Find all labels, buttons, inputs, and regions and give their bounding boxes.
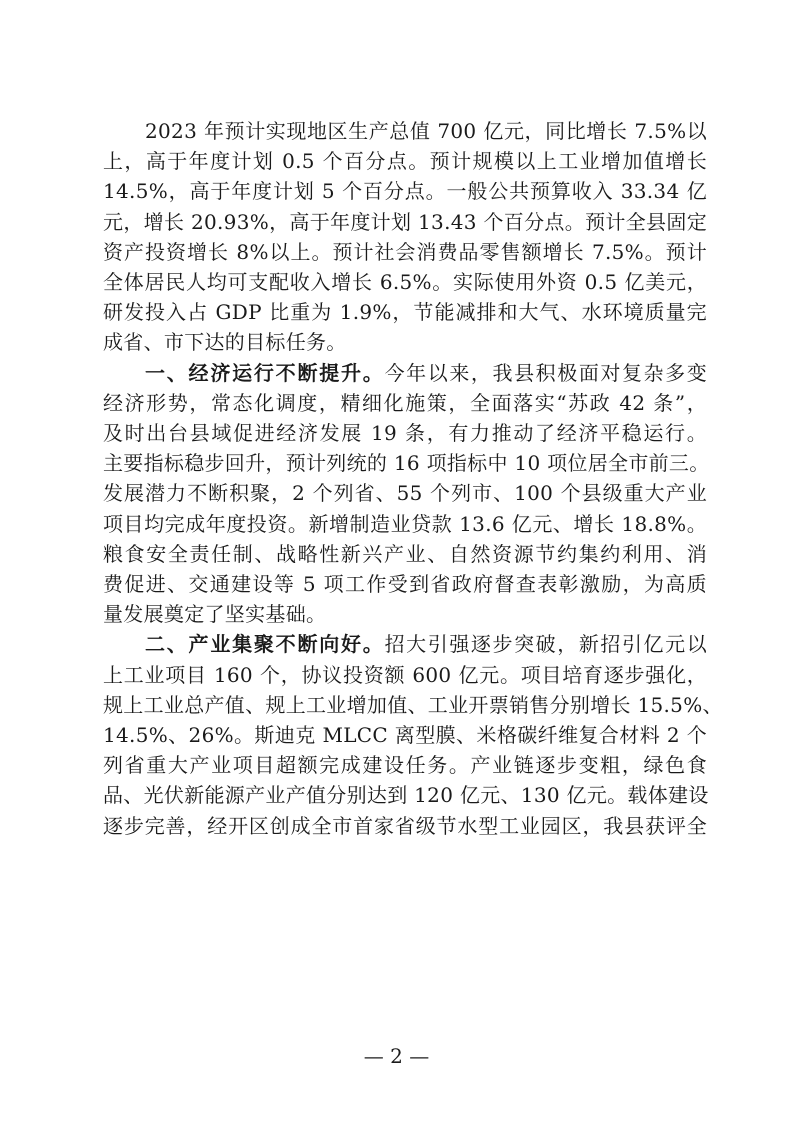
document-page: 2023 年预计实现地区生产总值 700 亿元，同比增长 7.5%以 上，高于年… xyxy=(0,0,793,1122)
text-line: 上工业项目 160 个，协议投资额 600 亿元。项目培育逐步强化， xyxy=(103,660,707,690)
text-line: 二、产业集聚不断向好。招大引强逐步突破，新招引亿元以 xyxy=(103,629,707,659)
text-line: 逐步完善，经开区创成全市首家省级节水型工业园区，我县获评全 xyxy=(103,811,707,841)
text-line: 发展潜力不断积聚，2 个列省、55 个列市、100 个县级重大产业 xyxy=(103,478,707,508)
section-heading: 二、产业集聚不断向好。 xyxy=(145,632,385,656)
text-run: 招大引强逐步突破，新招引亿元以 xyxy=(385,632,707,656)
text-run: 今年以来，我县积极面对复杂多变 xyxy=(385,361,707,385)
text-line: 上，高于年度计划 0.5 个百分点。预计规模以上工业增加值增长 xyxy=(103,146,707,176)
text-line: 品、光伏新能源产业产值分别达到 120 亿元、130 亿元。载体建设 xyxy=(103,780,707,810)
text-line: 研发投入占 GDP 比重为 1.9%，节能减排和大气、水环境质量完 xyxy=(103,297,707,327)
text-line: 资产投资增长 8%以上。预计社会消费品零售额增长 7.5%。预计 xyxy=(103,237,707,267)
text-line: 列省重大产业项目超额完成建设任务。产业链逐步变粗，绿色食 xyxy=(103,750,707,780)
text-line: 14.5%、26%。斯迪克 MLCC 离型膜、米格碳纤维复合材料 2 个 xyxy=(103,720,707,750)
text-line: 2023 年预计实现地区生产总值 700 亿元，同比增长 7.5%以 xyxy=(103,116,707,146)
paragraph-economy: 一、经济运行不断提升。今年以来，我县积极面对复杂多变 经济形势，常态化调度，精细… xyxy=(103,358,707,630)
text-line: 全体居民人均可支配收入增长 6.5%。实际使用外资 0.5 亿美元， xyxy=(103,267,707,297)
section-heading: 一、经济运行不断提升。 xyxy=(145,361,385,385)
text-line: 项目均完成年度投资。新增制造业贷款 13.6 亿元、增长 18.8%。 xyxy=(103,509,707,539)
text-line: 主要指标稳步回升，预计列统的 16 项指标中 10 项位居全市前三。 xyxy=(103,448,707,478)
text-line: 成省、市下达的目标任务。 xyxy=(103,327,707,357)
text-line: 经济形势，常态化调度，精细化施策，全面落实“苏政 42 条”， xyxy=(103,388,707,418)
text-line: 规上工业总产值、规上工业增加值、工业开票销售分别增长 15.5%、 xyxy=(103,690,707,720)
page-number: — 2 — xyxy=(0,1044,793,1068)
document-body: 2023 年预计实现地区生产总值 700 亿元，同比增长 7.5%以 上，高于年… xyxy=(103,116,707,841)
text-line: 及时出台县域促进经济发展 19 条，有力推动了经济平稳运行。 xyxy=(103,418,707,448)
text-line: 一、经济运行不断提升。今年以来，我县积极面对复杂多变 xyxy=(103,358,707,388)
text-line: 量发展奠定了坚实基础。 xyxy=(103,599,707,629)
paragraph-summary: 2023 年预计实现地区生产总值 700 亿元，同比增长 7.5%以 上，高于年… xyxy=(103,116,707,358)
text-line: 粮食安全责任制、战略性新兴产业、自然资源节约集约利用、消 xyxy=(103,539,707,569)
text-line: 元，增长 20.93%，高于年度计划 13.43 个百分点。预计全县固定 xyxy=(103,207,707,237)
paragraph-industry: 二、产业集聚不断向好。招大引强逐步突破，新招引亿元以 上工业项目 160 个，协… xyxy=(103,629,707,840)
text-line: 14.5%，高于年度计划 5 个百分点。一般公共预算收入 33.34 亿 xyxy=(103,176,707,206)
text-line: 费促进、交通建设等 5 项工作受到省政府督查表彰激励，为高质 xyxy=(103,569,707,599)
